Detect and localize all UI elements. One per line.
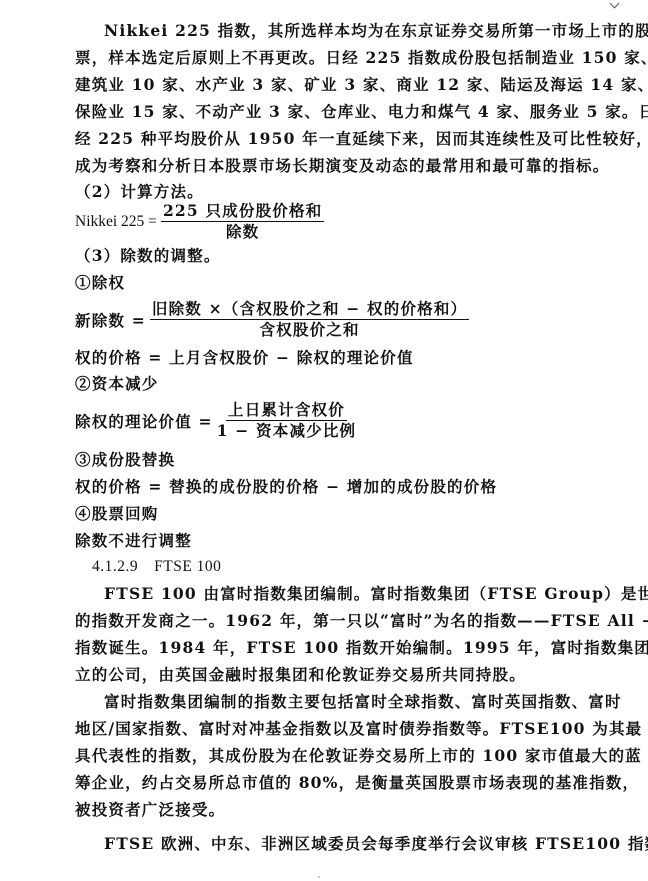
text-line: 指数诞生。1984 年，FTSE 100 指数开始编制。1995 年，富时指数集… bbox=[75, 638, 595, 658]
numerator: 上日累计含权价 bbox=[226, 401, 347, 421]
text-line: 保险业 15 家、不动产业 3 家、仓库业、电力和煤气 4 家、服务业 5 家。… bbox=[75, 102, 595, 122]
text-line: FTSE 欧洲、中东、非洲区域委员会每季度举行会议审核 FTSE100 指数 bbox=[104, 834, 595, 854]
text-line: FTSE 100 由富时指数集团编制。富时指数集团（FTSE Group）是世界… bbox=[104, 584, 595, 604]
document-page: Nikkei 225 指数，其所选样本均为在东京证券交易所第一市场上市的股 票，… bbox=[0, 0, 648, 881]
text-line: 成为考察和分析日本股票市场长期演变及动态的最常用和最可靠的指标。 bbox=[75, 156, 595, 176]
fraction: 225 只成份股价格和 除数 bbox=[161, 202, 324, 241]
formula-lhs: 新除数 = bbox=[75, 309, 146, 331]
denominator: 含权股价之和 bbox=[259, 320, 359, 339]
formula-theoretical-value: 除权的理论价值 = 上日累计含权价 1 − 资本减少比例 bbox=[75, 401, 356, 440]
text-line: Nikkei 225 指数，其所选样本均为在东京证券交易所第一市场上市的股 bbox=[104, 21, 595, 41]
item1-heading: ①除权 bbox=[75, 273, 595, 293]
text-line: 被投资者广泛接受。 bbox=[75, 800, 595, 820]
text-line: 立的公司，由英国金融时报集团和伦敦证券交易所共同持股。 bbox=[75, 665, 595, 685]
scan-speck bbox=[318, 876, 320, 878]
rights-price-formula-3: 权的价格 = 替换的成份股的价格 − 增加的成份股的价格 bbox=[75, 477, 595, 497]
denominator: 除数 bbox=[226, 222, 259, 241]
item2-heading: ②资本减少 bbox=[75, 374, 595, 394]
rights-price-formula-1: 权的价格 = 上月含权股价 − 除权的理论价值 bbox=[75, 348, 595, 368]
divisor-adjust-heading: （3）除数的调整。 bbox=[75, 246, 595, 266]
item4-text: 除数不进行调整 bbox=[75, 531, 595, 551]
formula-lhs: Nikkei 225 = bbox=[75, 213, 157, 231]
formula-nikkei: Nikkei 225 = 225 只成份股价格和 除数 bbox=[75, 202, 324, 241]
calc-method-heading: （2）计算方法。 bbox=[75, 182, 595, 202]
section-heading-ftse100: 4.1.2.9 FTSE 100 bbox=[92, 557, 583, 577]
fraction: 上日累计含权价 1 − 资本减少比例 bbox=[217, 401, 357, 440]
text-line: 富时指数集团编制的指数主要包括富时全球指数、富时英国指数、富时 bbox=[104, 692, 595, 712]
corner-mark-icon bbox=[610, 0, 620, 8]
text-line: 经 225 种平均股价从 1950 年一直延续下来，因而其连续性及可比性较好， bbox=[75, 129, 595, 149]
text-line: 的指数开发商之一。1962 年，第一只以“富时”为名的指数——FTSE All … bbox=[75, 611, 595, 631]
denominator: 1 − 资本减少比例 bbox=[217, 421, 357, 440]
text-line: 地区/国家指数、富时对冲基金指数以及富时债券指数等。FTSE100 为其最 bbox=[75, 719, 595, 739]
item4-heading: ④股票回购 bbox=[75, 504, 595, 524]
text-line: 建筑业 10 家、水产业 3 家、矿业 3 家、商业 12 家、陆运及海运 14… bbox=[75, 75, 595, 95]
fraction: 旧除数 ×（含权股价之和 − 权的价格和） 含权股价之和 bbox=[150, 300, 469, 339]
formula-new-divisor: 新除数 = 旧除数 ×（含权股价之和 − 权的价格和） 含权股价之和 bbox=[75, 300, 469, 339]
text-line: 具代表性的指数，其成份股为在伦敦证券交易所上市的 100 家市值最大的蓝 bbox=[75, 746, 595, 766]
text-line: 票，样本选定后原则上不再更改。日经 225 指数成份股包括制造业 150 家、 bbox=[75, 48, 595, 68]
item3-heading: ③成份股替换 bbox=[75, 450, 595, 470]
numerator: 225 只成份股价格和 bbox=[161, 202, 324, 222]
numerator: 旧除数 ×（含权股价之和 − 权的价格和） bbox=[150, 300, 469, 320]
text-line: 筹企业，约占交易所总市值的 80%，是衡量英国股票市场表现的基准指数， bbox=[75, 773, 595, 793]
formula-lhs: 除权的理论价值 = bbox=[75, 410, 213, 432]
